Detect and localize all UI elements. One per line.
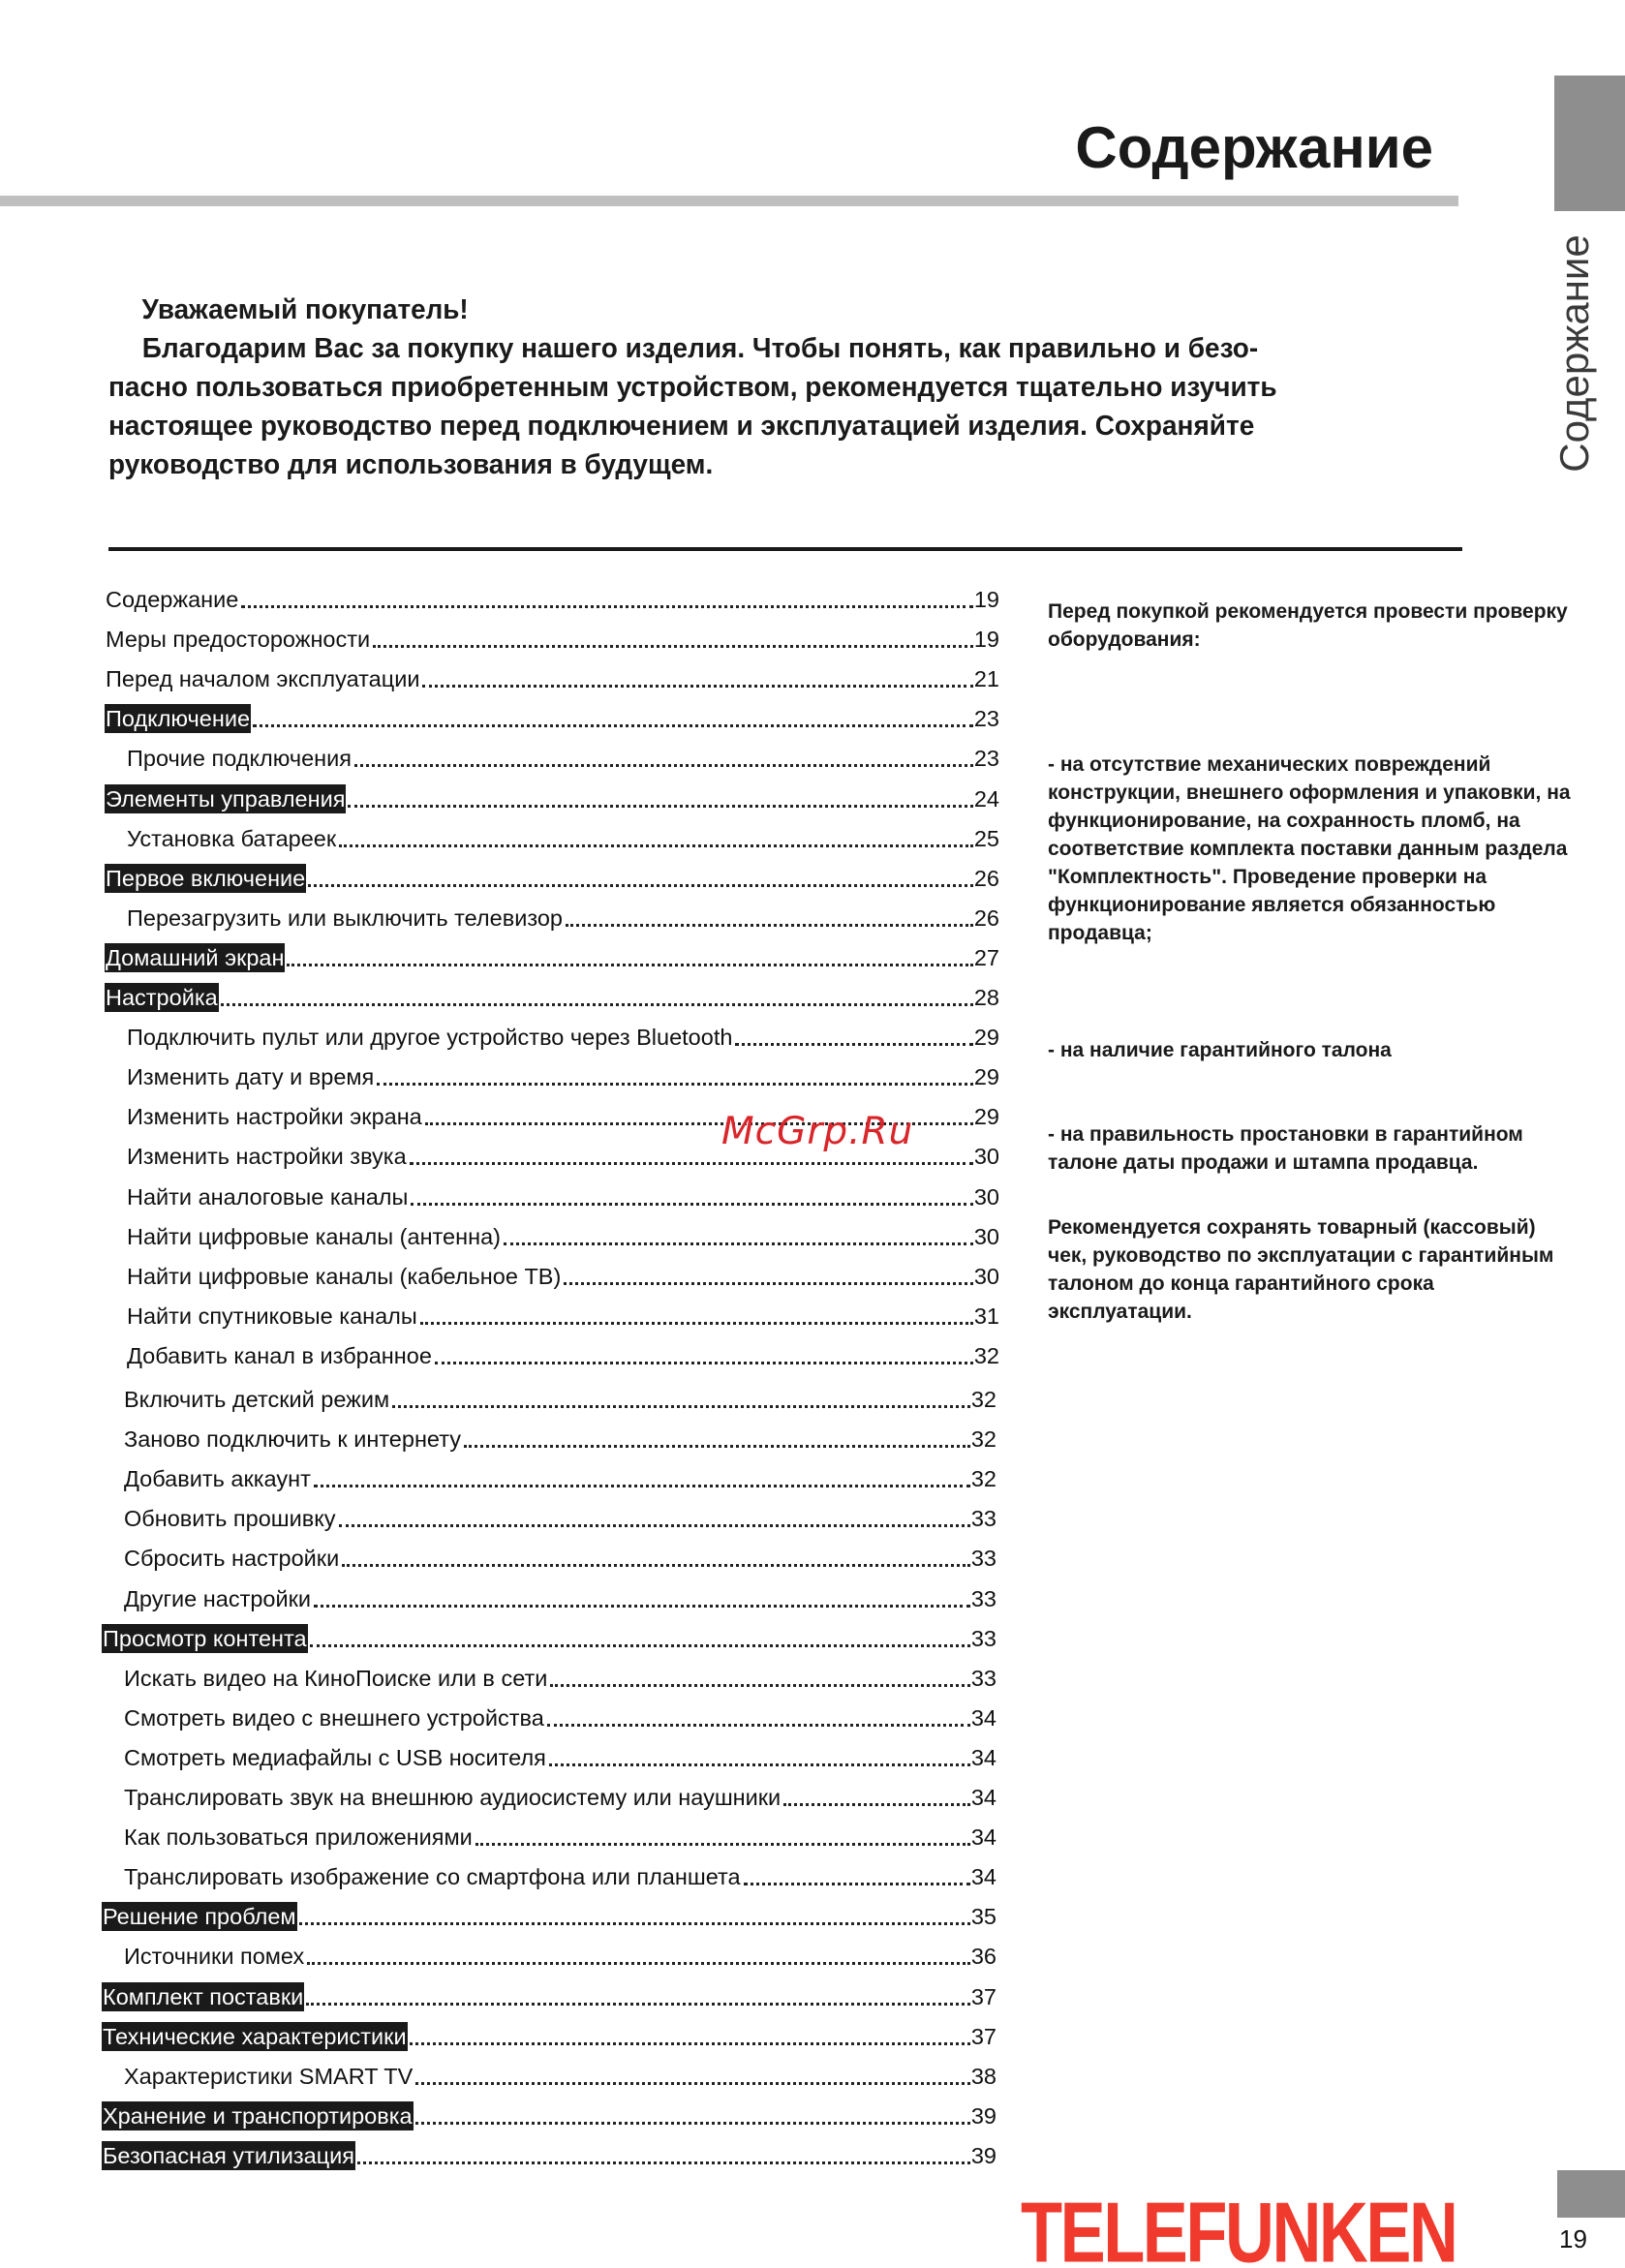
toc-entry[interactable]: Содержание19 xyxy=(105,581,999,614)
toc-entry-label: Изменить дату и время xyxy=(126,1062,375,1091)
note-paragraph: - на правильность простановки в гарантий… xyxy=(1048,1120,1571,1177)
toc-entry[interactable]: Как пользоваться приложениями34 xyxy=(102,1819,996,1852)
toc-entry-page: 33 xyxy=(971,1544,996,1573)
toc-entry-page: 30 xyxy=(974,1182,999,1211)
toc-entry-page: 32 xyxy=(971,1425,996,1454)
toc-leader-dots xyxy=(221,1003,973,1006)
toc-entry-page: 19 xyxy=(974,625,999,654)
toc-entry-page: 24 xyxy=(974,784,999,813)
toc-leader-dots xyxy=(339,1524,970,1527)
toc-entry-page: 32 xyxy=(971,1464,996,1493)
toc-entry-label: Решение проблем xyxy=(102,1902,297,1931)
toc-leader-dots xyxy=(475,1843,970,1846)
toc-entry-label: Просмотр контента xyxy=(102,1624,308,1653)
intro-greeting: Уважаемый покупатель! xyxy=(108,291,1410,329)
intro-line: Благодарим Вас за покупку нашего изделия… xyxy=(108,329,1417,368)
toc-leader-dots xyxy=(314,1485,970,1487)
toc-entry[interactable]: Обновить прошивку33 xyxy=(102,1500,996,1533)
toc-entry[interactable]: Найти цифровые каналы (кабельное ТВ)30 xyxy=(105,1258,999,1291)
toc-entry[interactable]: Просмотр контента33 xyxy=(102,1620,996,1653)
toc-entry-page: 33 xyxy=(971,1664,996,1693)
brand-logo-text: TELEFUNKEN xyxy=(1021,2196,1385,2268)
toc-leader-dots xyxy=(410,2042,970,2045)
footer-tab-marker xyxy=(1557,2170,1625,2218)
toc-entry[interactable]: Найти цифровые каналы (антенна)30 xyxy=(105,1218,999,1251)
intro-paragraph: Благодарим Вас за покупку нашего изделия… xyxy=(108,329,1464,484)
toc-entry-page: 25 xyxy=(974,824,999,853)
toc-entry-label: Добавить канал в избранное xyxy=(126,1341,433,1370)
toc-entry[interactable]: Меры предосторожности19 xyxy=(105,621,999,654)
toc-entry[interactable]: Хранение и транспортировка39 xyxy=(102,2098,996,2130)
toc-entry[interactable]: Найти спутниковые каналы31 xyxy=(105,1298,999,1331)
toc-entry-label: Найти цифровые каналы (антенна) xyxy=(126,1222,502,1251)
toc-leader-dots xyxy=(435,1362,973,1364)
intro-line: настоящее руководство перед подключением… xyxy=(108,407,1417,445)
toc-leader-dots xyxy=(308,884,973,887)
toc-entry-label: Изменить настройки экрана xyxy=(126,1102,423,1131)
toc-entry-label: Настройка xyxy=(105,983,219,1012)
toc-entry-page: 32 xyxy=(974,1341,999,1370)
note-paragraph: - на наличие гарантийного талона xyxy=(1048,1036,1571,1064)
intro-line: пасно пользоваться приобретенным устройс… xyxy=(108,368,1417,407)
toc-leader-dots xyxy=(348,805,972,808)
toc-entry[interactable]: Подключение23 xyxy=(105,700,999,733)
toc-entry-page: 33 xyxy=(971,1624,996,1653)
toc-entry[interactable]: Настройка28 xyxy=(105,979,999,1012)
toc-entry-page: 27 xyxy=(974,943,999,972)
toc-entry-label: Искать видео на КиноПоиске или в сети xyxy=(123,1664,548,1693)
toc-entry-label: Заново подключить к интернету xyxy=(123,1425,462,1454)
toc-entry-label: Изменить настройки звука xyxy=(126,1142,408,1171)
toc-entry-label: Транслировать изображение со смартфона и… xyxy=(123,1862,742,1891)
toc-entry-page: 33 xyxy=(971,1584,996,1613)
toc-entry-label: Домашний экран xyxy=(105,943,285,972)
toc-entry-page: 34 xyxy=(971,1783,996,1812)
toc-leader-dots xyxy=(299,1922,970,1925)
toc-entry[interactable]: Перед началом эксплуатации21 xyxy=(105,660,999,693)
toc-entry-page: 38 xyxy=(971,2062,996,2091)
toc-entry[interactable]: Подключить пульт или другое устройство ч… xyxy=(105,1019,999,1052)
toc-entry-label: Безопасная утилизация xyxy=(102,2141,355,2170)
toc-leader-dots xyxy=(415,2122,970,2125)
toc-entry-page: 34 xyxy=(971,1743,996,1772)
toc-entry[interactable]: Включить детский режим32 xyxy=(102,1381,996,1414)
toc-entry-label: Подключить пульт или другое устройство ч… xyxy=(126,1023,733,1052)
toc-leader-dots xyxy=(566,924,973,927)
toc-entry[interactable]: Другие настройки33 xyxy=(102,1580,996,1613)
toc-entry-page: 31 xyxy=(974,1302,999,1331)
section-side-label: Содержание xyxy=(1553,237,1596,470)
toc-entry-page: 32 xyxy=(971,1385,996,1414)
toc-entry-page: 36 xyxy=(971,1942,996,1971)
toc-entry[interactable]: Смотреть медиафайлы с USB носителя34 xyxy=(102,1739,996,1772)
toc-entry-page: 29 xyxy=(974,1102,999,1131)
toc-entry-page: 19 xyxy=(974,585,999,614)
toc-entry-label: Комплект поставки xyxy=(102,1982,304,2011)
toc-entry-page: 23 xyxy=(974,744,999,773)
page-title: Содержание xyxy=(1075,114,1433,182)
toc-entry[interactable]: Перезагрузить или выключить телевизор26 xyxy=(105,900,999,933)
toc-entry-page: 23 xyxy=(974,704,999,733)
note-paragraph: - на отсутствие механических повреждений… xyxy=(1048,751,1571,947)
toc-entry-page: 39 xyxy=(971,2141,996,2170)
note-paragraph: Рекомендуется сохранять товарный (кассов… xyxy=(1048,1213,1571,1326)
toc-entry-label: Смотреть видео с внешнего устройства xyxy=(123,1703,545,1732)
toc-leader-dots xyxy=(253,724,973,727)
toc-entry[interactable]: Изменить дату и время29 xyxy=(105,1058,999,1091)
toc-leader-dots xyxy=(339,844,973,847)
toc-entry-page: 30 xyxy=(974,1262,999,1291)
toc-entry[interactable]: Элементы управления24 xyxy=(105,781,999,813)
toc-entry-page: 21 xyxy=(974,664,999,693)
toc-entry[interactable]: Домашний экран27 xyxy=(105,939,999,972)
section-side-label-text: Содержание xyxy=(1551,234,1598,472)
toc-leader-dots xyxy=(314,1605,970,1608)
toc-entry-page: 39 xyxy=(971,2101,996,2130)
toc-leader-dots xyxy=(287,964,972,966)
toc-entry-label: Прочие подключения xyxy=(126,744,353,773)
toc-entry-page: 35 xyxy=(971,1902,996,1931)
toc-leader-dots xyxy=(547,1724,970,1727)
toc-leader-dots xyxy=(464,1445,970,1448)
toc-leader-dots xyxy=(354,764,973,767)
toc-entry-label: Содержание xyxy=(105,585,239,614)
toc-entry-label: Добавить аккаунт xyxy=(123,1464,312,1493)
toc-entry-label: Найти спутниковые каналы xyxy=(126,1302,418,1331)
toc-entry[interactable]: Безопасная утилизация39 xyxy=(102,2137,996,2170)
toc-leader-dots xyxy=(504,1242,973,1245)
toc-entry-label: Источники помех xyxy=(123,1942,305,1971)
toc-entry-label: Первое включение xyxy=(105,864,306,893)
toc-entry-label: Транслировать звук на внешнюю аудиосисте… xyxy=(123,1783,782,1812)
toc-leader-dots xyxy=(357,2161,970,2164)
toc-entry[interactable]: Заново подключить к интернету32 xyxy=(102,1421,996,1454)
toc-leader-dots xyxy=(307,1962,970,1965)
section-rule xyxy=(108,547,1462,551)
toc-entry[interactable]: Сбросить настройки33 xyxy=(102,1540,996,1573)
toc-entry[interactable]: Установка батареек25 xyxy=(105,820,999,853)
toc-leader-dots xyxy=(310,1644,970,1647)
toc-leader-dots xyxy=(306,2003,970,2006)
toc-entry-label: Смотреть медиафайлы с USB носителя xyxy=(123,1743,547,1772)
toc-leader-dots xyxy=(342,1564,970,1567)
header-divider xyxy=(0,196,1458,206)
toc-entry[interactable]: Технические характеристики37 xyxy=(102,2018,996,2051)
toc-entry[interactable]: Смотреть видео с внешнего устройства34 xyxy=(102,1700,996,1732)
toc-entry-label: Как пользоваться приложениями xyxy=(123,1823,474,1852)
brand-logo: TELEFUNKEN xyxy=(1021,2196,1464,2266)
toc-entry-page: 28 xyxy=(974,983,999,1012)
toc-entry-page: 37 xyxy=(971,1982,996,2011)
toc-entry-page: 33 xyxy=(971,1504,996,1533)
toc-entry[interactable]: Найти аналоговые каналы30 xyxy=(105,1179,999,1211)
toc-entry[interactable]: Транслировать звук на внешнюю аудиосисте… xyxy=(102,1779,996,1812)
toc-entry-page: 34 xyxy=(971,1823,996,1852)
toc-leader-dots xyxy=(549,1763,970,1766)
toc-leader-dots xyxy=(415,2082,970,2085)
toc-entry-label: Характеристики SMART TV xyxy=(123,2062,414,2091)
toc-entry[interactable]: Добавить аккаунт32 xyxy=(102,1460,996,1493)
toc-entry-label: Хранение и транспортировка xyxy=(102,2101,414,2130)
toc-leader-dots xyxy=(783,1803,970,1806)
toc-entry-label: Перезагрузить или выключить телевизор xyxy=(126,904,564,933)
toc-entry-page: 30 xyxy=(974,1142,999,1171)
note-paragraph: Перед покупкой рекомендуется провести пр… xyxy=(1048,598,1571,654)
toc-leader-dots xyxy=(241,605,973,608)
watermark: McGrp.Ru xyxy=(721,1110,913,1153)
toc-entry-label: Элементы управления xyxy=(105,784,346,813)
toc-entry[interactable]: Первое включение26 xyxy=(105,860,999,893)
toc-entry-label: Перед началом эксплуатации xyxy=(105,664,420,693)
toc-entry[interactable]: Характеристики SMART TV38 xyxy=(102,2058,996,2091)
toc-entry-page: 29 xyxy=(974,1023,999,1052)
toc-entry-label: Сбросить настройки xyxy=(123,1544,340,1573)
toc-leader-dots xyxy=(564,1282,973,1285)
toc-leader-dots xyxy=(422,685,972,688)
toc-entry-page: 29 xyxy=(974,1062,999,1091)
toc-entry-label: Технические характеристики xyxy=(102,2022,408,2051)
toc-entry-page: 34 xyxy=(971,1703,996,1732)
toc-leader-dots xyxy=(410,1162,973,1165)
toc-leader-dots xyxy=(735,1043,972,1046)
toc-leader-dots xyxy=(420,1322,973,1325)
intro-block: Уважаемый покупатель! Благодарим Вас за … xyxy=(108,291,1464,484)
toc-entry-label: Подключение xyxy=(105,704,251,733)
page-number: 19 xyxy=(1559,2224,1587,2254)
toc-entry-label: Другие настройки xyxy=(123,1584,312,1613)
toc-entry-label: Установка батареек xyxy=(126,824,337,853)
toc-leader-dots xyxy=(392,1405,970,1408)
toc-leader-dots xyxy=(411,1203,972,1206)
toc-entry-label: Найти цифровые каналы (кабельное ТВ) xyxy=(126,1262,562,1291)
toc-entry[interactable]: Комплект поставки37 xyxy=(102,1978,996,2011)
toc-entry-page: 37 xyxy=(971,2022,996,2051)
toc-leader-dots xyxy=(377,1083,973,1086)
toc-leader-dots xyxy=(744,1883,970,1885)
toc-leader-dots xyxy=(550,1684,969,1687)
toc-entry-page: 26 xyxy=(974,864,999,893)
toc-entry-label: Обновить прошивку xyxy=(123,1504,337,1533)
toc-entry-page: 34 xyxy=(971,1862,996,1891)
toc-entry[interactable]: Решение проблем35 xyxy=(102,1898,996,1931)
toc-entry[interactable]: Добавить канал в избранное32 xyxy=(105,1337,999,1370)
toc-entry[interactable]: Транслировать изображение со смартфона и… xyxy=(102,1858,996,1891)
toc-leader-dots xyxy=(373,645,973,648)
toc-entry[interactable]: Прочие подключения23 xyxy=(105,740,999,773)
toc-entry[interactable]: Искать видео на КиноПоиске или в сети33 xyxy=(102,1660,996,1693)
toc-entry-label: Меры предосторожности xyxy=(105,625,371,654)
intro-line: руководство для использования в будущем. xyxy=(108,445,1417,484)
toc-entry[interactable]: Источники помех36 xyxy=(102,1938,996,1971)
toc-entry-label: Найти аналоговые каналы xyxy=(126,1182,409,1211)
section-tab-marker xyxy=(1554,76,1625,211)
toc-entry-label: Включить детский режим xyxy=(123,1385,390,1414)
toc-entry-page: 26 xyxy=(974,904,999,933)
toc-entry-page: 30 xyxy=(974,1222,999,1251)
